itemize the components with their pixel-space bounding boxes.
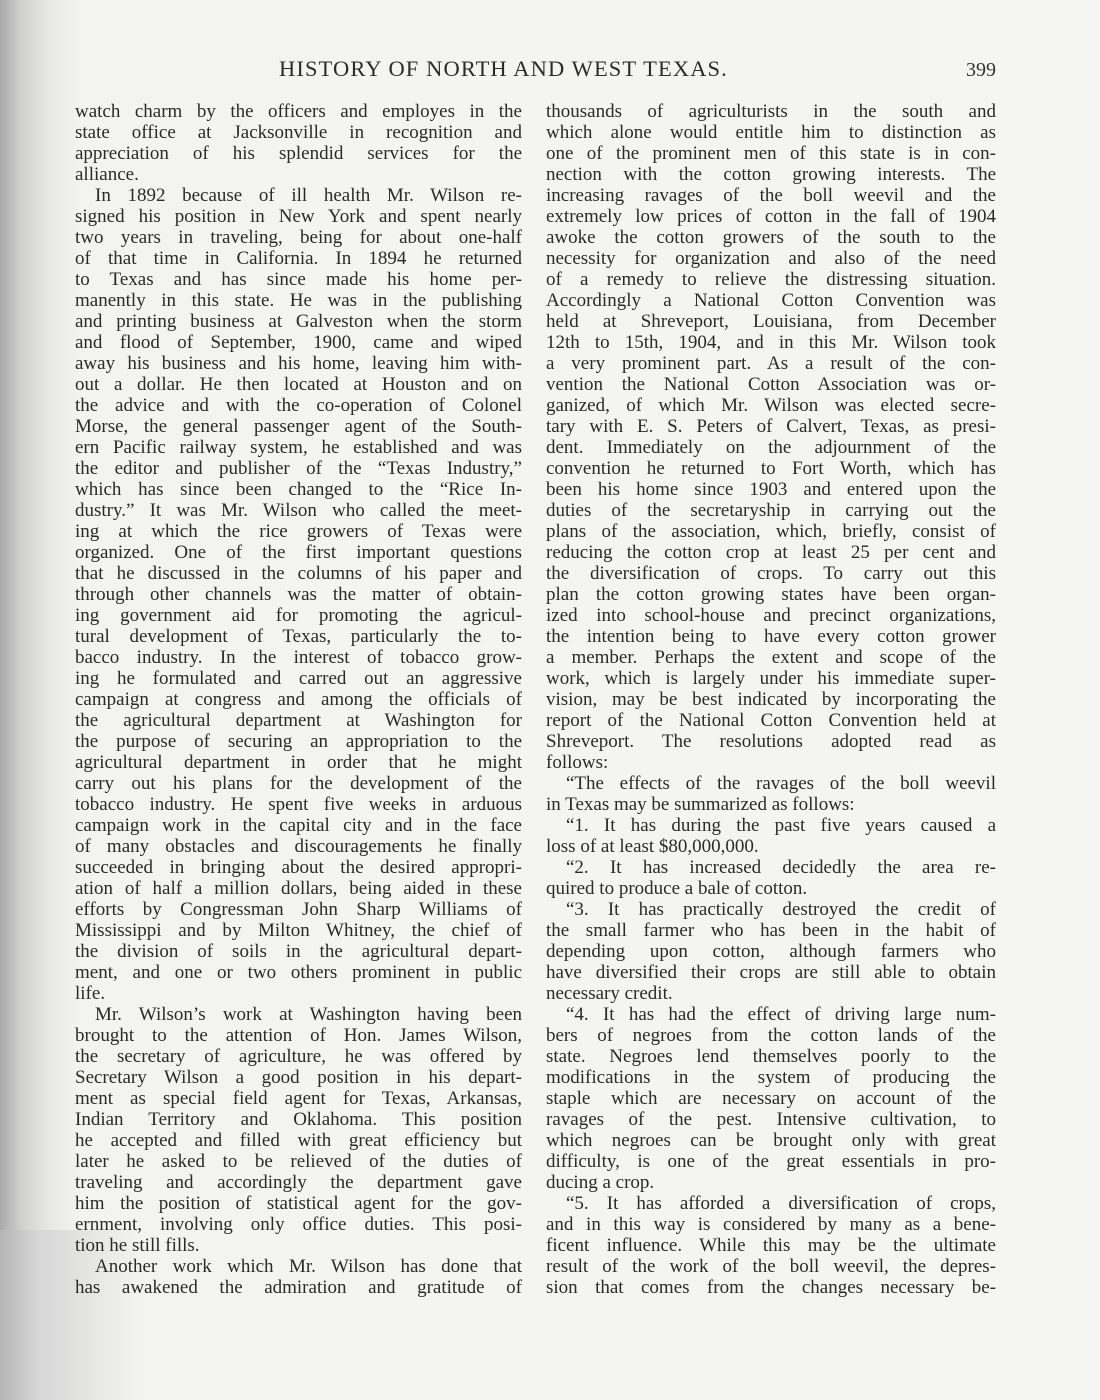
text-line: two years in traveling, being for about …: [75, 227, 522, 248]
text-line: a member. Perhaps the extent and scope o…: [546, 647, 996, 668]
text-line: the agricultural department at Washingto…: [75, 710, 522, 731]
text-line: ern Pacific railway system, he establish…: [75, 437, 522, 458]
text-line: and flood of September, 1900, came and w…: [75, 332, 522, 353]
text-line: Another work which Mr. Wilson has done t…: [75, 1256, 522, 1277]
text-line: agricultural department in order that he…: [75, 752, 522, 773]
text-line: awoke the cotton growers of the south to…: [546, 227, 996, 248]
text-line: he accepted and filled with great effici…: [75, 1130, 522, 1151]
text-line: convention he returned to Fort Worth, wh…: [546, 458, 996, 479]
text-line: state office at Jacksonville in recognit…: [75, 122, 522, 143]
text-line: manently in this state. He was in the pu…: [75, 290, 522, 311]
text-line: ganized, of which Mr. Wilson was elected…: [546, 395, 996, 416]
text-line: depending upon cotton, although farmers …: [546, 941, 996, 962]
text-line: staple which are necessary on account of…: [546, 1088, 996, 1109]
text-line: signed his position in New York and spen…: [75, 206, 522, 227]
text-line: the small farmer who has been in the hab…: [546, 920, 996, 941]
text-line: the advice and with the co-operation of …: [75, 395, 522, 416]
text-line: necessity for organization and also of t…: [546, 248, 996, 269]
text-line: carry out his plans for the development …: [75, 773, 522, 794]
text-line: traveling and accordingly the department…: [75, 1172, 522, 1193]
text-line: nection with the cotton growing interest…: [546, 164, 996, 185]
running-title: HISTORY OF NORTH AND WEST TEXAS.: [279, 56, 728, 82]
text-line: state. Negroes lend themselves poorly to…: [546, 1046, 996, 1067]
text-line: reducing the cotton crop at least 25 per…: [546, 542, 996, 563]
text-line: Indian Territory and Oklahoma. This posi…: [75, 1109, 522, 1130]
text-line: the editor and publisher of the “Texas I…: [75, 458, 522, 479]
text-line: Morse, the general passenger agent of th…: [75, 416, 522, 437]
text-line: in Texas may be summarized as follows:: [546, 794, 996, 815]
text-line: loss of at least $80,000,000.: [546, 836, 996, 857]
text-line: the secretary of agriculture, he was off…: [75, 1046, 522, 1067]
text-line: the purpose of securing an appropriation…: [75, 731, 522, 752]
text-line: have diversified their crops are still a…: [546, 962, 996, 983]
text-line: which alone would entitle him to distinc…: [546, 122, 996, 143]
page-number: 399: [966, 59, 996, 82]
text-line: tural development of Texas, particularly…: [75, 626, 522, 647]
text-line: brought to the attention of Hon. James W…: [75, 1025, 522, 1046]
text-line: that he discussed in the columns of his …: [75, 563, 522, 584]
text-line: “4. It has had the effect of driving lar…: [546, 1004, 996, 1025]
text-line: “3. It has practically destroyed the cre…: [546, 899, 996, 920]
text-line: campaign at congress and among the offic…: [75, 689, 522, 710]
text-line: appreciation of his splendid services fo…: [75, 143, 522, 164]
left-column: watch charm by the officers and employes…: [75, 101, 522, 1298]
text-line: ing government aid for promoting the agr…: [75, 605, 522, 626]
text-line: to Texas and has since made his home per…: [75, 269, 522, 290]
text-line: bacco industry. In the interest of tobac…: [75, 647, 522, 668]
text-line: vention the National Cotton Association …: [546, 374, 996, 395]
text-line: sion that comes from the changes necessa…: [546, 1277, 996, 1298]
text-line: dent. Immediately on the adjournment of …: [546, 437, 996, 458]
text-line: quired to produce a bale of cotton.: [546, 878, 996, 899]
text-line: increasing ravages of the boll weevil an…: [546, 185, 996, 206]
text-line: of a remedy to relieve the distressing s…: [546, 269, 996, 290]
text-line: modifications in the system of producing…: [546, 1067, 996, 1088]
text-line: the division of soils in the agricultura…: [75, 941, 522, 962]
text-line: has awakened the admiration and gratitud…: [75, 1277, 522, 1298]
text-line: ernment, involving only office duties. T…: [75, 1214, 522, 1235]
text-line: In 1892 because of ill health Mr. Wilson…: [75, 185, 522, 206]
text-line: him the position of statistical agent fo…: [75, 1193, 522, 1214]
text-line: “1. It has during the past five years ca…: [546, 815, 996, 836]
text-line: tobacco industry. He spent five weeks in…: [75, 794, 522, 815]
text-line: watch charm by the officers and employes…: [75, 101, 522, 122]
text-line: “The effects of the ravages of the boll …: [546, 773, 996, 794]
text-line: and in this way is considered by many as…: [546, 1214, 996, 1235]
text-line: out a dollar. He then located at Houston…: [75, 374, 522, 395]
text-line: vision, may be best indicated by incorpo…: [546, 689, 996, 710]
text-line: dustry.” It was Mr. Wilson who called th…: [75, 500, 522, 521]
text-line: campaign work in the capital city and in…: [75, 815, 522, 836]
text-line: ducing a crop.: [546, 1172, 996, 1193]
text-line: Mississippi and by Milton Whitney, the c…: [75, 920, 522, 941]
text-line: “5. It has afforded a diversification of…: [546, 1193, 996, 1214]
text-line: bers of negroes from the cotton lands of…: [546, 1025, 996, 1046]
text-line: work, which is largely under his immedia…: [546, 668, 996, 689]
text-line: ized into school-house and precinct orga…: [546, 605, 996, 626]
text-line: 12th to 15th, 1904, and in this Mr. Wils…: [546, 332, 996, 353]
text-line: plan the cotton growing states have been…: [546, 584, 996, 605]
text-line: of that time in California. In 1894 he r…: [75, 248, 522, 269]
text-line: duties of the secretaryship in carrying …: [546, 500, 996, 521]
text-line: tion he still fills.: [75, 1235, 522, 1256]
text-line: the intention being to have every cotton…: [546, 626, 996, 647]
text-line: succeeded in bringing about the desired …: [75, 857, 522, 878]
text-line: ment as special field agent for Texas, A…: [75, 1088, 522, 1109]
text-line: efforts by Congressman John Sharp Willia…: [75, 899, 522, 920]
text-line: later he asked to be relieved of the dut…: [75, 1151, 522, 1172]
text-line: extremely low prices of cotton in the fa…: [546, 206, 996, 227]
text-line: alliance.: [75, 164, 522, 185]
text-line: of many obstacles and discouragements he…: [75, 836, 522, 857]
text-line: Accordingly a National Cotton Convention…: [546, 290, 996, 311]
text-line: one of the prominent men of this state i…: [546, 143, 996, 164]
text-line: “2. It has increased decidedly the area …: [546, 857, 996, 878]
text-line: necessary credit.: [546, 983, 996, 1004]
text-line: Secretary Wilson a good position in his …: [75, 1067, 522, 1088]
text-line: difficulty, is one of the great essentia…: [546, 1151, 996, 1172]
text-line: through other channels was the matter of…: [75, 584, 522, 605]
right-column: thousands of agriculturists in the south…: [546, 101, 996, 1298]
text-line: held at Shreveport, Louisiana, from Dece…: [546, 311, 996, 332]
text-line: ravages of the pest. Intensive cultivati…: [546, 1109, 996, 1130]
text-line: tary with E. S. Peters of Calvert, Texas…: [546, 416, 996, 437]
text-line: which has since been changed to the “Ric…: [75, 479, 522, 500]
running-head: HISTORY OF NORTH AND WEST TEXAS. 399: [0, 54, 1100, 84]
text-line: been his home since 1903 and entered upo…: [546, 479, 996, 500]
text-line: Shreveport. The resolutions adopted read…: [546, 731, 996, 752]
text-line: follows:: [546, 752, 996, 773]
text-line: plans of the association, which, briefly…: [546, 521, 996, 542]
text-line: organized. One of the first important qu…: [75, 542, 522, 563]
text-line: report of the National Cotton Convention…: [546, 710, 996, 731]
text-line: ing he formulated and carred out an aggr…: [75, 668, 522, 689]
text-line: the diversification of crops. To carry o…: [546, 563, 996, 584]
text-line: result of the work of the boll weevil, t…: [546, 1256, 996, 1277]
text-line: ing at which the rice growers of Texas w…: [75, 521, 522, 542]
text-line: away his business and his home, leaving …: [75, 353, 522, 374]
text-line: and printing business at Galveston when …: [75, 311, 522, 332]
text-line: ficent influence. While this may be the …: [546, 1235, 996, 1256]
text-line: a very prominent part. As a result of th…: [546, 353, 996, 374]
text-line: ation of half a million dollars, being a…: [75, 878, 522, 899]
text-line: life.: [75, 983, 522, 1004]
text-line: which negroes can be brought only with g…: [546, 1130, 996, 1151]
text-line: ment, and one or two others prominent in…: [75, 962, 522, 983]
text-line: thousands of agriculturists in the south…: [546, 101, 996, 122]
text-line: Mr. Wilson’s work at Washington having b…: [75, 1004, 522, 1025]
